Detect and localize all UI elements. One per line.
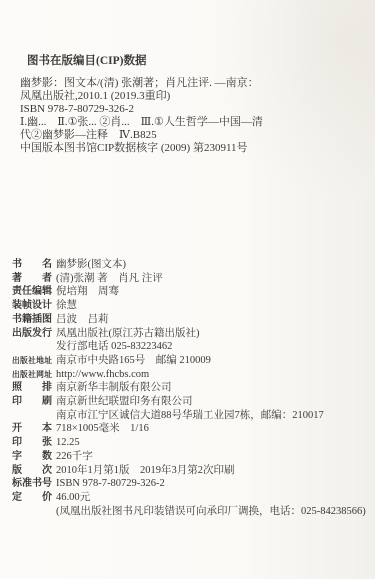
colophon-value: 南京市中央路165号 邮编 210009 [56,354,361,368]
colophon-value: 凤凰出版社(原江苏古籍出版社) [56,327,361,341]
cip-bibliographic-line2: 凤凰出版社,2010.1 (2019.3重印) [20,90,349,103]
colophon-value: 南京新华丰制版有限公司 [56,381,361,395]
colophon-value: 倪培翔 周骞 [56,285,361,299]
colophon-label: 印张 [12,436,52,450]
colophon-label: 书名 [12,258,52,272]
cip-classification-line1: Ⅰ.幽... Ⅱ.①张... ②肖... Ⅲ.①人生哲学—中国—清 [20,116,349,129]
cip-heading: 图书在版编目(CIP)数据 [27,55,349,68]
colophon-value: ISBN 978-7-80729-326-2 [56,477,361,491]
colophon-value: (凤凰出版社图书凡印装错误可向承印厂调换，电话：025-84238566) [56,505,361,519]
colophon-value: 徐慧 [56,299,361,313]
colophon-value: 发行部电话 025-83223462 [56,340,361,354]
cip-classification-line2: 代②幽梦影—注释 Ⅳ.B825 [20,129,349,142]
colophon-row: 出版发行 凤凰出版社(原江苏古籍出版社) [12,327,361,341]
colophon-value: 12.25 [56,436,361,450]
colophon-row: 南京市江宁区诚信大道88号华瑞工业园7栋，邮编：210017 [12,409,361,423]
colophon-value: (清)张潮 著 肖凡 注评 [56,272,361,286]
colophon-table: 书名 幽梦影(图文本) 著者 (清)张潮 著 肖凡 注评 责任编辑 倪培翔 周骞… [12,258,361,518]
colophon-label: 出版社地址 [12,354,52,368]
colophon-label: 著者 [12,272,52,286]
colophon-label: 出版社网址 [12,368,52,382]
colophon-row: (凤凰出版社图书凡印装错误可向承印厂调换，电话：025-84238566) [12,505,361,519]
colophon-value: http://www.fhcbs.com [56,368,361,382]
colophon-row: 著者 (清)张潮 著 肖凡 注评 [12,272,361,286]
colophon-label: 字数 [12,450,52,464]
cip-record-number-line: 中国版本图书馆CIP数据核字 (2009) 第230911号 [20,142,349,155]
colophon-label: 标准书号 [12,477,52,491]
colophon-row: 定价 46.00元 [12,491,361,505]
colophon-row: 字数 226千字 [12,450,361,464]
colophon-row: 照排 南京新华丰制版有限公司 [12,381,361,395]
colophon-row: 出版社网址 http://www.fhcbs.com [12,368,361,382]
colophon-label: 开本 [12,422,52,436]
colophon-value: 幽梦影(图文本) [56,258,361,272]
cip-isbn-line: ISBN 978-7-80729-326-2 [20,103,349,116]
colophon-value: 南京市江宁区诚信大道88号华瑞工业园7栋，邮编：210017 [56,409,361,423]
colophon-row: 责任编辑 倪培翔 周骞 [12,285,361,299]
colophon-label: 版次 [12,464,52,478]
colophon-row: 发行部电话 025-83223462 [12,340,361,354]
colophon-row: 书名 幽梦影(图文本) [12,258,361,272]
copyright-page: 图书在版编目(CIP)数据 幽梦影：图文本/(清) 张潮著；肖凡注评. —南京：… [0,0,375,579]
colophon-label: 照排 [12,381,52,395]
colophon-value: 南京新世纪联盟印务有限公司 [56,395,361,409]
colophon-value: 吕波 吕莉 [56,313,361,327]
colophon-row: 开本 718×1005毫米 1/16 [12,422,361,436]
colophon-row: 版次 2010年1月第1版 2019年3月第2次印刷 [12,464,361,478]
colophon-row: 印张 12.25 [12,436,361,450]
cip-bibliographic-line1: 幽梦影：图文本/(清) 张潮著；肖凡注评. —南京： [20,77,349,90]
colophon-value: 718×1005毫米 1/16 [56,422,361,436]
colophon-value: 2010年1月第1版 2019年3月第2次印刷 [56,464,361,478]
colophon-row: 出版社地址 南京市中央路165号 邮编 210009 [12,354,361,368]
colophon-row: 装帧设计 徐慧 [12,299,361,313]
colophon-row: 书籍插图 吕波 吕莉 [12,313,361,327]
cip-section: 图书在版编目(CIP)数据 幽梦影：图文本/(清) 张潮著；肖凡注评. —南京：… [20,55,349,155]
colophon-value: 46.00元 [56,491,361,505]
colophon-row: 标准书号 ISBN 978-7-80729-326-2 [12,477,361,491]
colophon-label: 印刷 [12,395,52,409]
colophon-label: 定价 [12,491,52,505]
colophon-row: 印刷 南京新世纪联盟印务有限公司 [12,395,361,409]
colophon-value: 226千字 [56,450,361,464]
colophon-label: 书籍插图 [12,313,52,327]
colophon-label: 出版发行 [12,327,52,341]
colophon-label: 装帧设计 [12,299,52,313]
colophon-label: 责任编辑 [12,285,52,299]
